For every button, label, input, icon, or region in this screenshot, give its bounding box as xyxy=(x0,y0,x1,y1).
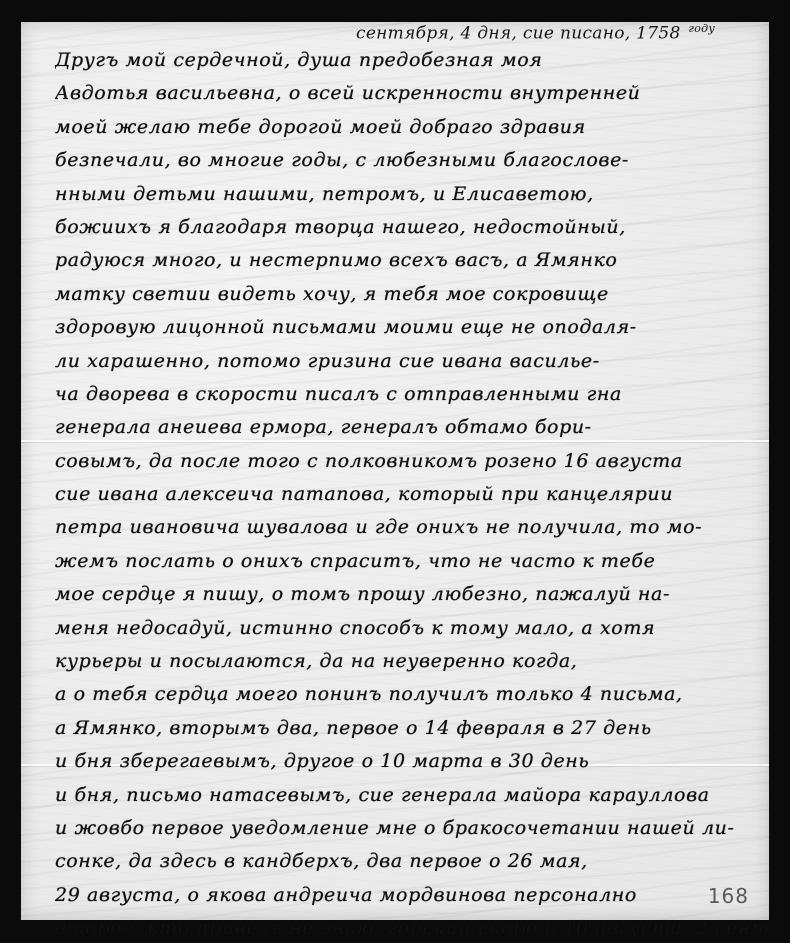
letter-line: здоровую лицонной письмами моими еще не … xyxy=(55,311,767,344)
letter-line: и жовбо первое уведомление мне о бракосо… xyxy=(55,812,767,845)
letter-line: Авдотья васильевна, о всей искренности в… xyxy=(55,77,767,110)
manuscript-page: сентября, 4 дня, сие писано, 1758 году Д… xyxy=(21,22,769,920)
letter-line: а о тебя сердца моего понинъ получилъ то… xyxy=(55,678,767,711)
letter-line: божиихъ я благодаря творца нашего, недос… xyxy=(55,211,767,244)
letter-line: совымъ, да после того с полковникомъ роз… xyxy=(55,445,767,478)
letter-line: 29 августа, о якова андреича мордвинова … xyxy=(55,879,767,912)
letter-line: моей желаю тебе дорогой моей добраго здр… xyxy=(55,111,767,144)
letter-line: матку светии видеть хочу, я тебя мое сок… xyxy=(55,278,767,311)
letter-line: второе, кто привезъ не знаю, горский ско… xyxy=(55,912,767,943)
letter-line: петра ивановича шувалова и где онихъ не … xyxy=(55,511,767,544)
archive-page-number: 168 xyxy=(708,884,749,908)
letter-line: и бня, письмо натасевымъ, сие генерала м… xyxy=(55,779,767,812)
letter-line: генерала анеиева ермора, генералъ обтамо… xyxy=(55,411,767,444)
letter-line: и бня зберегаевымъ, другое о 10 марта в … xyxy=(55,745,767,778)
letter-line: нными детьми нашими, петромъ, и Елисавет… xyxy=(55,178,767,211)
letter-line: ли харашенно, потомо гризина сие ивана в… xyxy=(55,345,767,378)
letter-line: мое сердце я пишу, о томъ прошу любезно,… xyxy=(55,578,767,611)
scan-frame: сентября, 4 дня, сие писано, 1758 году Д… xyxy=(0,0,790,943)
letter-line: ча дворева в скорости писалъ с отправлен… xyxy=(55,378,767,411)
letter-line: безпечали, во многие годы, с любезными б… xyxy=(55,144,767,177)
folio-mark: году xyxy=(688,22,715,35)
letter-line: Другъ мой сердечной, душа предобезная мо… xyxy=(55,44,767,77)
letter-line: сие ивана алексеича патапова, который пр… xyxy=(55,478,767,511)
letter-line: жемъ послать о онихъ спраситъ, что не ча… xyxy=(55,545,767,578)
dateline: сентября, 4 дня, сие писано, 1758 году xyxy=(356,22,715,44)
letter-line: а Ямянко, вторымъ два, первое о 14 февра… xyxy=(55,712,767,745)
dateline-text: сентября, 4 дня, сие писано, 1758 xyxy=(356,24,681,44)
letter-line: курьеры и посылаются, да на неуверенно к… xyxy=(55,645,767,678)
letter-body: Другъ мой сердечной, душа предобезная мо… xyxy=(55,44,767,943)
letter-line: радуюся много, и нестерпимо всехъ васъ, … xyxy=(55,244,767,277)
letter-line: меня недосадуй, истинно способъ к тому м… xyxy=(55,612,767,645)
letter-line: сонке, да здесь в кандберхъ, два первое … xyxy=(55,845,767,878)
